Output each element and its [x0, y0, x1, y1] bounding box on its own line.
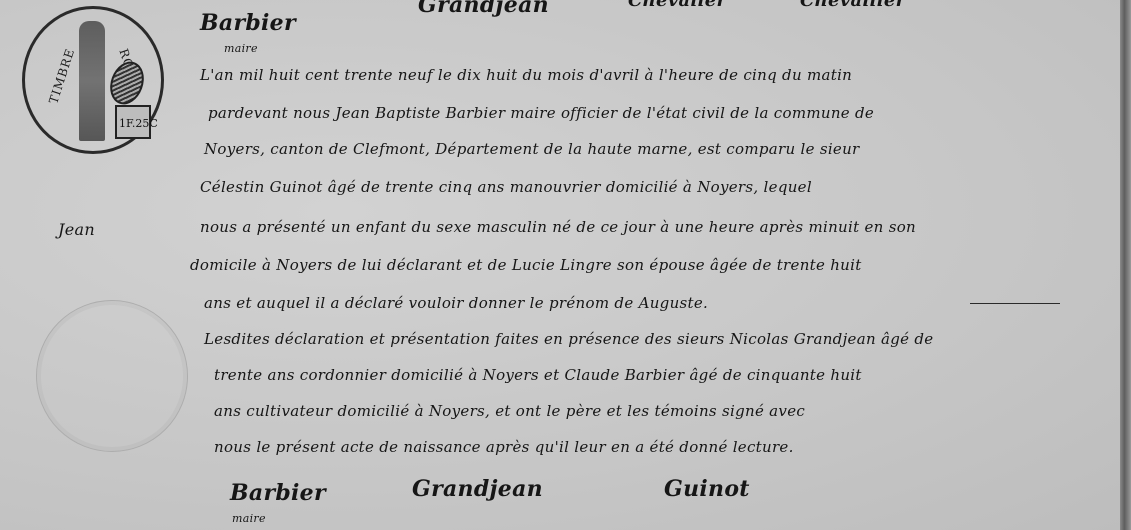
stamp-label-left: TIMBRE: [46, 46, 77, 105]
record-line-9: trente ans cordonnier domicilié à Noyers…: [214, 366, 862, 384]
record-line-1: L'an mil huit cent trente neuf le dix hu…: [200, 66, 852, 84]
line-filler-rule: [970, 303, 1060, 304]
margin-note: Jean: [58, 220, 95, 239]
footer-signature-father: Guinot: [664, 476, 750, 502]
header-signature-mayor: Barbier: [200, 10, 296, 36]
record-line-11: nous le présent acte de naissance après …: [214, 438, 794, 456]
record-line-8: Lesdites déclaration et présentation fai…: [204, 330, 933, 348]
stamp-figure-icon: [79, 21, 105, 141]
header-signature-witness-1: Grandjean: [418, 0, 549, 18]
header-signature-witness-3: Chevallier: [800, 0, 905, 11]
record-line-10: ans cultivateur domicilié à Noyers, et o…: [214, 402, 805, 420]
page-binding-edge: [1120, 0, 1131, 530]
timbre-royal-stamp: TIMBRE ROYAL. 1F.25C: [22, 6, 164, 154]
footer-signature-witness: Grandjean: [412, 476, 543, 502]
record-line-5: nous a présenté un enfant du sexe mascul…: [200, 218, 916, 236]
record-line-6: domicile à Noyers de lui déclarant et de…: [190, 256, 862, 274]
footer-signature-mayor: Barbier: [230, 480, 326, 506]
footer-signature-mayor-title: maire: [232, 512, 266, 525]
record-line-2: pardevant nous Jean Baptiste Barbier mai…: [208, 104, 874, 122]
stamp-shield-icon: [104, 57, 149, 109]
stamp-price: 1F.25C: [119, 117, 158, 130]
document-page: TIMBRE ROYAL. 1F.25C Barbier maire Grand…: [0, 0, 1122, 530]
record-line-4: Célestin Guinot âgé de trente cinq ans m…: [200, 178, 812, 196]
header-signature-mayor-title: maire: [224, 42, 258, 55]
record-line-7: ans et auquel il a déclaré vouloir donne…: [204, 294, 708, 312]
header-signature-witness-2: Chevalier: [628, 0, 726, 11]
embossed-seal-icon: [36, 300, 188, 452]
record-line-3: Noyers, canton de Clefmont, Département …: [204, 140, 860, 158]
